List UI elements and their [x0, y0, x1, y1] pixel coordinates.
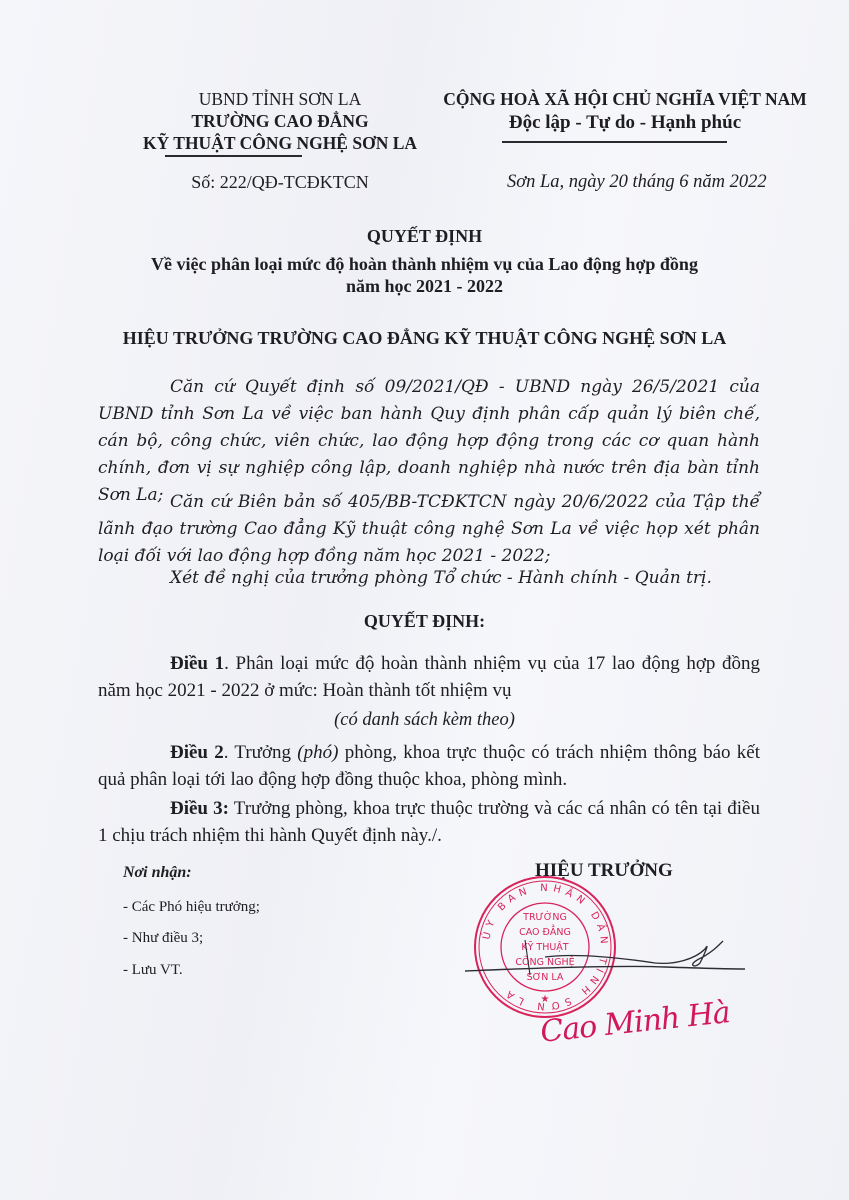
recipient-item: - Lưu VT.: [123, 960, 183, 980]
recipient-item: - Các Phó hiệu trưởng;: [123, 897, 260, 917]
article-2: Điều 2. Trưởng (phó) phòng, khoa trực th…: [98, 739, 760, 793]
subject-line-2: năm học 2021 - 2022: [0, 276, 849, 297]
national-motto: Độc lập - Tự do - Hạnh phúc: [435, 112, 815, 134]
issuer-school-line1: TRƯỜNG CAO ĐẲNG: [130, 111, 430, 132]
subject-line-1: Về việc phân loại mức độ hoàn thành nhiệ…: [0, 254, 849, 275]
basis-2: Căn cứ Biên bản số 405/BB-TCĐKTCN ngày 2…: [98, 489, 760, 570]
recipients-title: Nơi nhận:: [123, 864, 192, 882]
article-1-label: Điều 1: [170, 653, 224, 674]
article-1: Điều 1. Phân loại mức độ hoàn thành nhiệ…: [98, 650, 760, 704]
svg-text:★: ★: [541, 994, 550, 1005]
svg-text:TRƯỜNG: TRƯỜNG: [522, 911, 567, 923]
issuer-underline: [165, 155, 302, 157]
handwritten-signature-icon: [455, 935, 755, 985]
decision-heading: QUYẾT ĐỊNH:: [0, 611, 849, 632]
national-title: CỘNG HOÀ XÃ HỘI CHỦ NGHĨA VIỆT NAM: [435, 89, 815, 110]
article-3: Điều 3: Trưởng phòng, khoa trực thuộc tr…: [98, 795, 760, 849]
document-title: QUYẾT ĐỊNH: [0, 226, 849, 247]
motto-underline: [502, 141, 727, 143]
issuing-authority: HIỆU TRƯỞNG TRƯỜNG CAO ĐẲNG KỸ THUẬT CÔN…: [0, 328, 849, 349]
article-3-label: Điều 3:: [170, 798, 229, 819]
attachment-note: (có danh sách kèm theo): [0, 710, 849, 731]
document-number: Số: 222/QĐ-TCĐKTCN: [130, 172, 430, 193]
article-2-label: Điều 2: [170, 742, 224, 763]
recipient-item: - Như điều 3;: [123, 928, 203, 948]
document-page: UBND TỈNH SƠN LA TRƯỜNG CAO ĐẲNG KỸ THUẬ…: [0, 0, 849, 1200]
issuer-province: UBND TỈNH SƠN LA: [130, 89, 430, 110]
basis-3: Xét đề nghị của trưởng phòng Tổ chức - H…: [98, 565, 760, 592]
place-date: Sơn La, ngày 20 tháng 6 năm 2022: [507, 172, 767, 193]
issuer-school-line2: KỸ THUẬT CÔNG NGHỆ SƠN LA: [130, 133, 430, 154]
